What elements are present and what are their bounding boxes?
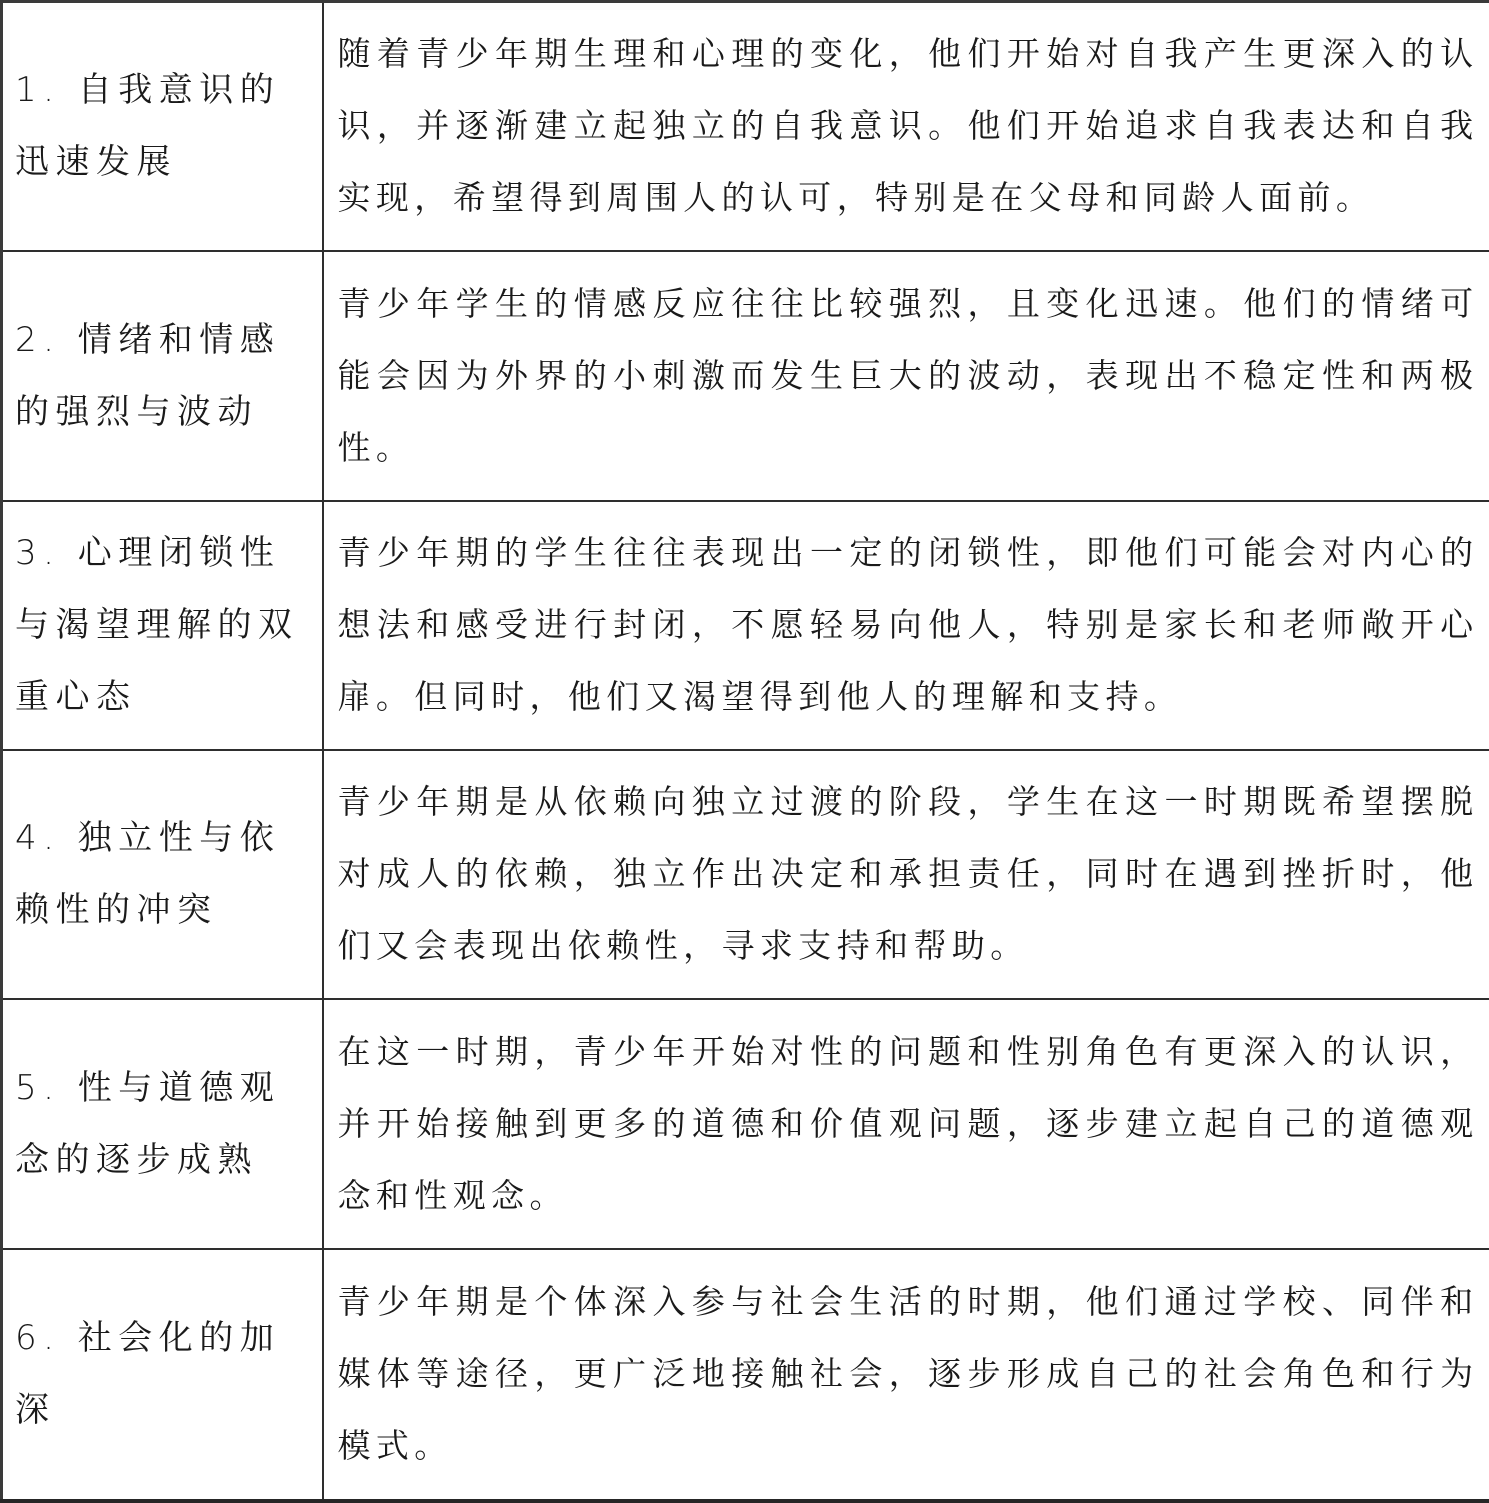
characteristic-description-cell: 在这一时期，青少年开始对性的问题和性别角色有更深入的认识，并开始接触到更多的道德… bbox=[323, 999, 1489, 1249]
table-row: 2. 情绪和情感的强烈与波动 青少年学生的情感反应往往比较强烈，且变化迅速。他们… bbox=[2, 251, 1489, 501]
characteristic-title-cell: 5. 性与道德观念的逐步成熟 bbox=[2, 999, 323, 1249]
characteristic-description-cell: 青少年期的学生往往表现出一定的闭锁性，即他们可能会对内心的想法和感受进行封闭，不… bbox=[323, 501, 1489, 750]
characteristic-title: 3. 心理闭锁性与渴望理解的双重心态 bbox=[3, 517, 322, 733]
adolescent-psychology-table: 1. 自我意识的迅速发展 随着青少年期生理和心理的变化，他们开始对自我产生更深入… bbox=[0, 0, 1489, 1499]
characteristic-description-cell: 青少年期是从依赖向独立过渡的阶段，学生在这一时期既希望摆脱对成人的依赖，独立作出… bbox=[323, 750, 1489, 999]
characteristic-title: 4. 独立性与依赖性的冲突 bbox=[3, 802, 322, 946]
characteristic-title: 1. 自我意识的迅速发展 bbox=[3, 54, 322, 198]
table-row: 4. 独立性与依赖性的冲突 青少年期是从依赖向独立过渡的阶段，学生在这一时期既希… bbox=[2, 750, 1489, 999]
characteristic-description-cell: 青少年期是个体深入参与社会生活的时期，他们通过学校、同伴和媒体等途径，更广泛地接… bbox=[323, 1249, 1489, 1500]
characteristic-title-cell: 3. 心理闭锁性与渴望理解的双重心态 bbox=[2, 501, 323, 750]
characteristic-title-cell: 2. 情绪和情感的强烈与波动 bbox=[2, 251, 323, 501]
characteristic-description: 青少年期的学生往往表现出一定的闭锁性，即他们可能会对内心的想法和感受进行封闭，不… bbox=[324, 517, 1489, 733]
characteristic-description: 青少年期是从依赖向独立过渡的阶段，学生在这一时期既希望摆脱对成人的依赖，独立作出… bbox=[324, 766, 1489, 982]
characteristic-title-cell: 6. 社会化的加深 bbox=[2, 1249, 323, 1500]
characteristic-description-cell: 随着青少年期生理和心理的变化，他们开始对自我产生更深入的认识，并逐渐建立起独立的… bbox=[323, 2, 1489, 251]
characteristic-description: 在这一时期，青少年开始对性的问题和性别角色有更深入的认识，并开始接触到更多的道德… bbox=[324, 1016, 1489, 1232]
characteristic-description: 青少年学生的情感反应往往比较强烈，且变化迅速。他们的情绪可能会因为外界的小刺激而… bbox=[324, 268, 1489, 484]
characteristic-title: 2. 情绪和情感的强烈与波动 bbox=[3, 304, 322, 448]
table-row: 1. 自我意识的迅速发展 随着青少年期生理和心理的变化，他们开始对自我产生更深入… bbox=[2, 2, 1489, 251]
characteristic-description: 随着青少年期生理和心理的变化，他们开始对自我产生更深入的认识，并逐渐建立起独立的… bbox=[324, 18, 1489, 234]
characteristic-title-cell: 4. 独立性与依赖性的冲突 bbox=[2, 750, 323, 999]
characteristic-description-cell: 青少年学生的情感反应往往比较强烈，且变化迅速。他们的情绪可能会因为外界的小刺激而… bbox=[323, 251, 1489, 501]
characteristic-title: 5. 性与道德观念的逐步成熟 bbox=[3, 1052, 322, 1196]
characteristic-description: 青少年期是个体深入参与社会生活的时期，他们通过学校、同伴和媒体等途径，更广泛地接… bbox=[324, 1266, 1489, 1482]
characteristic-title: 6. 社会化的加深 bbox=[3, 1302, 322, 1446]
table-row: 5. 性与道德观念的逐步成熟 在这一时期，青少年开始对性的问题和性别角色有更深入… bbox=[2, 999, 1489, 1249]
table-row: 3. 心理闭锁性与渴望理解的双重心态 青少年期的学生往往表现出一定的闭锁性，即他… bbox=[2, 501, 1489, 750]
table-row: 6. 社会化的加深 青少年期是个体深入参与社会生活的时期，他们通过学校、同伴和媒… bbox=[2, 1249, 1489, 1500]
characteristic-title-cell: 1. 自我意识的迅速发展 bbox=[2, 2, 323, 251]
